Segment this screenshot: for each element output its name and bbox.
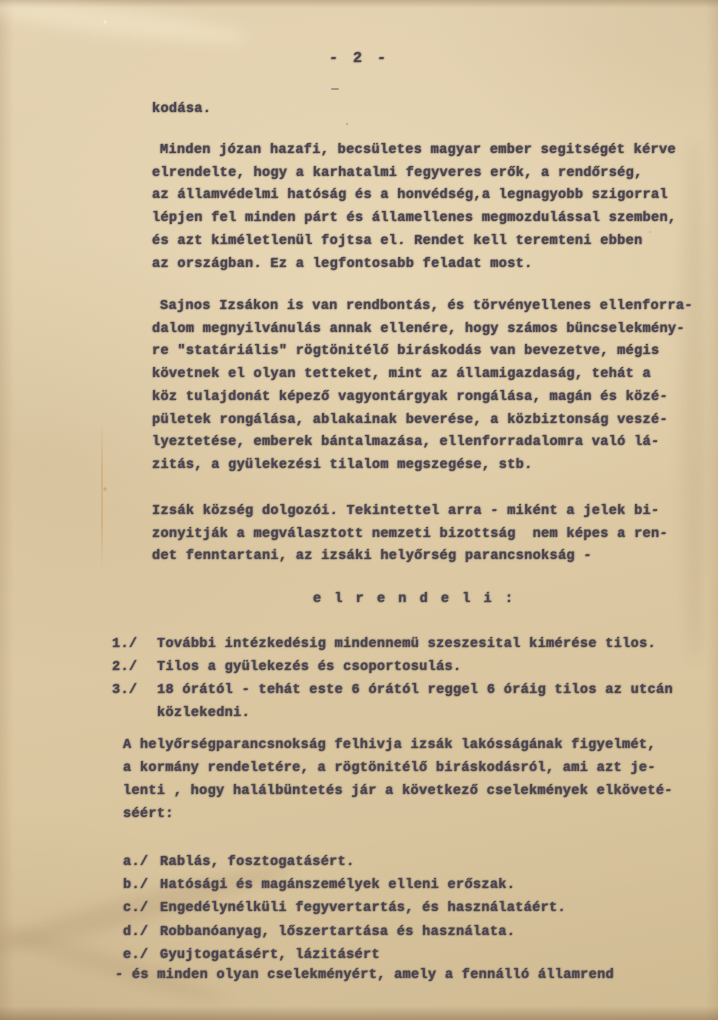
text-line: Robbanóanyag, lőszertartása és használat… [160,921,515,944]
text-line: köz tulajdonát képező vagyontárgyak rong… [152,387,693,410]
list-item: d./Robbanóanyag, lőszertartása és haszná… [123,921,566,944]
page-number: - 2 - [0,48,718,71]
list-item-text: Gyujtogatásért, lázitásért [160,944,380,967]
text-line: elrendelte, hogy a karhatalmi fegyveres … [152,163,676,186]
list-marker: b./ [123,874,160,897]
paragraph-izsak-situation: Sajnos Izsákon is van rendbontás, és tör… [152,296,693,478]
text-line: közlekedni. [157,702,673,725]
closing-line: - és minden olyan cselekményért, amely a… [115,965,614,988]
text-line: dalom megnyilvánulás annak ellenére, hog… [152,319,693,342]
scanned-typewritten-page: - 2 - kodása. Minden józan hazafi, becsü… [0,0,718,1020]
list-item-text: Tilos a gyülekezés és csoportosulás. [157,656,461,679]
list-item-text: 18 órától - tehát este 6 órától reggel 6… [157,679,673,725]
list-item: 3./18 órától - tehát este 6 órától regge… [112,679,673,725]
text-line: lépjen fel minden párt és államellenes m… [152,208,676,231]
text-line: az államvédelmi hatóság és a honvédség,a… [152,185,676,208]
list-marker: 1./ [112,633,157,656]
text-line: Izsák község dolgozói. Tekintettel arra … [152,501,668,524]
list-marker: a./ [123,851,160,874]
text-line: Minden józan hazafi, becsületes magyar e… [152,140,676,163]
text-line: lyeztetése, emberek bántalmazása, ellenf… [152,432,693,455]
list-item: c./Engedélynélküli fegyvertartás, és has… [123,897,566,920]
list-marker: e./ [123,944,160,967]
numbered-decree-list: 1./További intézkedésig mindennemü szesz… [112,633,673,725]
text-line: Rablás, fosztogatásért. [160,851,355,874]
continuation-word: kodása. [152,99,211,122]
lettered-offense-list: a./Rablás, fosztogatásért.b./Hatósági és… [123,851,566,967]
text-line: re "statáriális" rögtönitélő biráskodás … [152,341,693,364]
text-line: Gyujtogatásért, lázitásért [160,944,380,967]
paragraph-warning-notice: A helyőrségparancsnokság felhivja izsák … [123,734,673,826]
list-item-text: Rablás, fosztogatásért. [160,851,355,874]
text-line: A helyőrségparancsnokság felhivja izsák … [123,734,673,757]
list-item: e./Gyujtogatásért, lázitásért [123,944,566,967]
list-item-text: További intézkedésig mindennemü szeszesi… [157,633,656,656]
list-item: a./Rablás, fosztogatásért. [123,851,566,874]
text-line: Sajnos Izsákon is van rendbontás, és tör… [152,296,693,319]
text-line: Engedélynélküli fegyvertartás, és haszná… [160,897,566,920]
text-line: az országban. Ez a legfontosabb feladat … [152,254,676,277]
text-line: és azt kiméletlenül fojtsa el. Rendet ke… [152,231,676,254]
text-line: zonyitják a megválasztott nemzeti bizott… [152,524,668,547]
paragraph-address-workers: Izsák község dolgozói. Tekintettel arra … [152,501,668,569]
list-item: 2./Tilos a gyülekezés és csoportosulás. [112,656,673,679]
list-item-text: Robbanóanyag, lőszertartása és használat… [160,921,515,944]
text-line: További intézkedésig mindennemü szeszesi… [157,633,656,656]
text-line: Hatósági és magánszemélyek elleni erősza… [160,874,515,897]
text-line: séért: [123,803,673,826]
list-item: b./Hatósági és magánszemélyek elleni erő… [123,874,566,897]
text-line: követnek el olyan tetteket, mint az álla… [152,364,693,387]
text-line: det fenntartani, az izsáki helyőrség par… [152,546,668,569]
text-line: Tilos a gyülekezés és csoportosulás. [157,656,461,679]
paragraph-order-intro: Minden józan hazafi, becsületes magyar e… [152,140,676,276]
list-marker: 3./ [112,679,157,725]
list-item-text: Engedélynélküli fegyvertartás, és haszná… [160,897,566,920]
document-text-layer: - 2 - kodása. Minden józan hazafi, becsü… [0,0,718,1020]
text-line: pületek rongálása, ablakainak beverése, … [152,410,693,433]
text-line: a kormány rendeletére, a rögtönitélő bir… [123,757,673,780]
decree-heading: e l r e n d e l i : [313,589,516,612]
list-item: 1./További intézkedésig mindennemü szesz… [112,633,673,656]
text-line: 18 órától - tehát este 6 órától reggel 6… [157,679,673,702]
list-marker: 2./ [112,656,157,679]
list-marker: c./ [123,897,160,920]
list-item-text: Hatósági és magánszemélyek elleni erősza… [160,874,515,897]
text-line: lenti , hogy halálbüntetés jár a követke… [123,780,673,803]
text-line: zitás, a gyülekezési tilalom megszegése,… [152,455,693,478]
list-marker: d./ [123,921,160,944]
